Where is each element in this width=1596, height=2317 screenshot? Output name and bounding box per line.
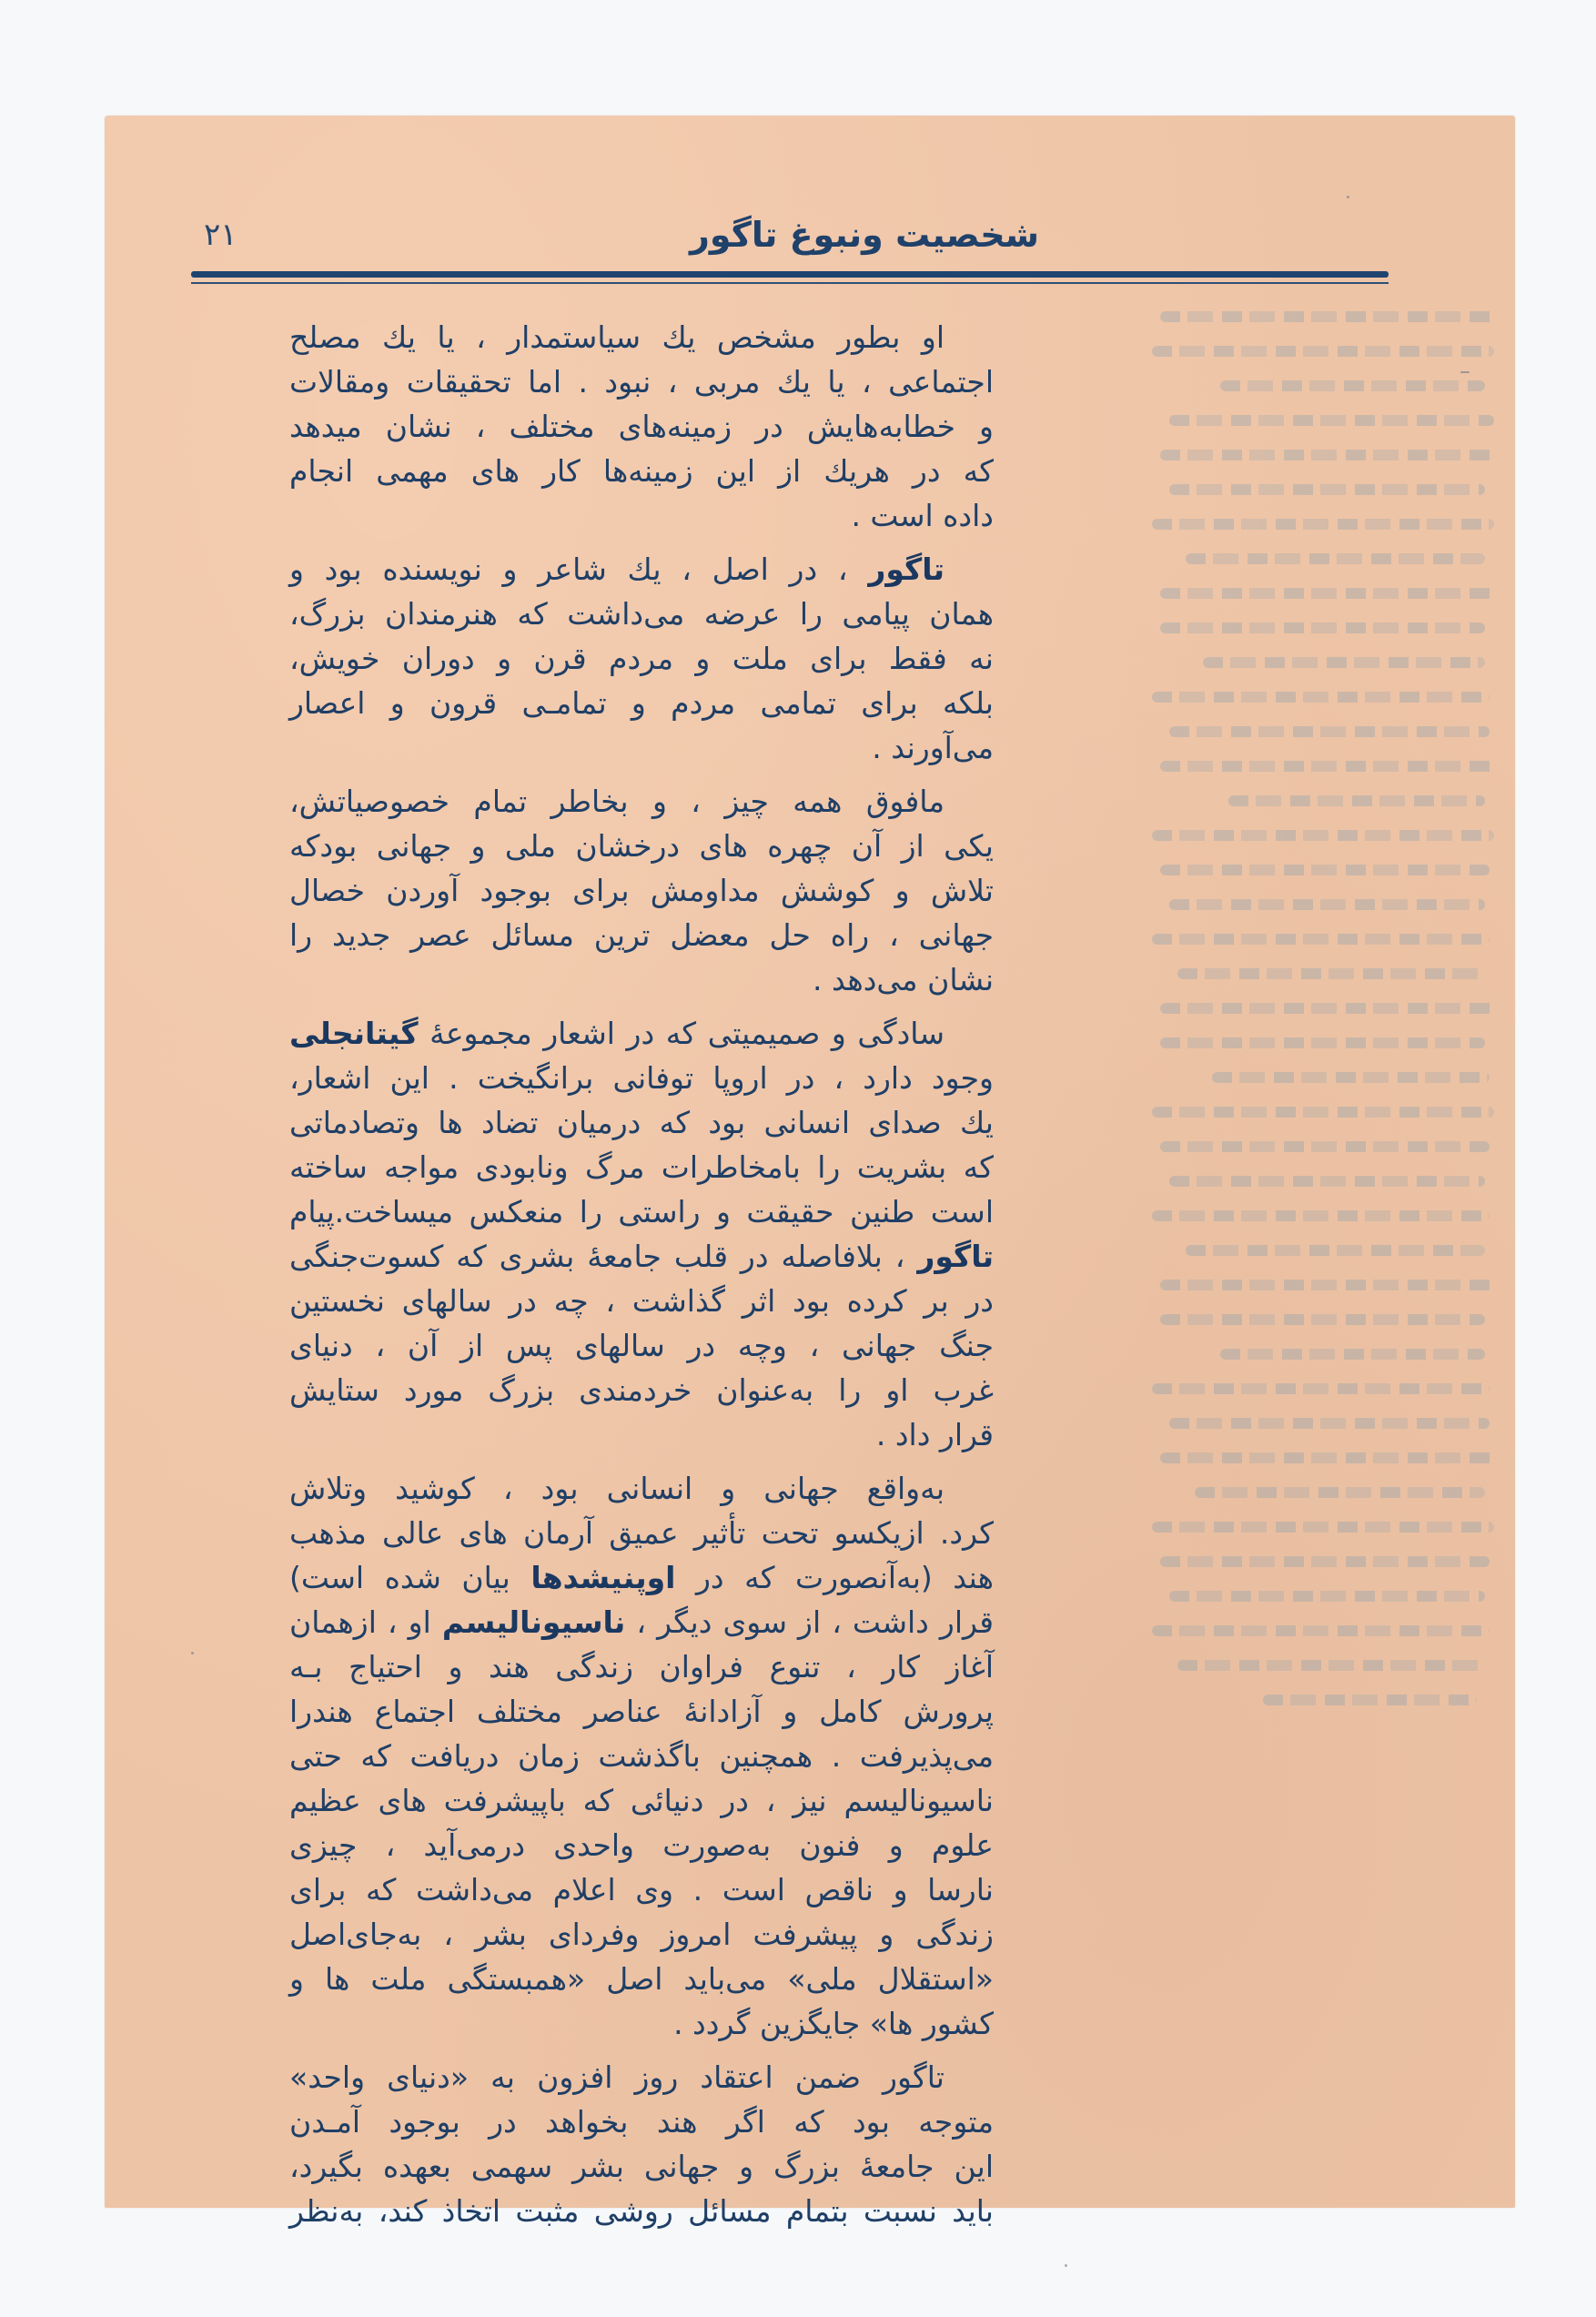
bold-term-upanishads: اوپنیشدها (530, 1560, 675, 1595)
text-line: که در هریك از این زمینه‌ها کار های مهمی … (289, 449, 994, 493)
paper-speck (1065, 2264, 1067, 2267)
paper-speck (191, 1652, 194, 1654)
text-line: آغاز کار ، تنوع فراوان زندگی هند و احتیا… (289, 1644, 994, 1689)
paragraph-3: مافوق همه چیز ، و بخاطر تمام خصوصیاتش، ی… (289, 779, 994, 1002)
paper-speck (1347, 196, 1349, 198)
paragraph-1: او بطور مشخص یك سیاستمدار ، یا یك مصلح ا… (289, 315, 994, 538)
text-line: او بطور مشخص یك سیاستمدار ، یا یك مصلح (289, 315, 994, 359)
text-line: بلکه برای تمامی مردم و تمامـی قرون و اعص… (289, 681, 994, 725)
text-line: زندگی و پیشرفت امروز وفردای بشر ، به‌جای… (289, 1912, 994, 1957)
bold-term-nationalism: ناسیونالیسم (442, 1604, 626, 1640)
running-title: شخصیت ونبوغ تاگور (628, 215, 1101, 255)
text-line: ناسیونالیسم نیز ، در دنیائی که باپیشرفت … (289, 1778, 994, 1823)
text-line: نارسا و ناقص است . وی اعلام می‌داشت که ب… (289, 1867, 994, 1912)
text-line: می‌پذیرفت . همچنین باگذشت زمان دریافت که… (289, 1734, 994, 1778)
text-line: هند (به‌آنصورت که در اوپنیشدها بیان شده … (289, 1555, 994, 1600)
text-line: قرار داد . (289, 1412, 994, 1457)
text-line: یکی از آن چهره های درخشان ملی و جهانی بو… (289, 824, 994, 868)
text-line: «استقلال ملی» می‌باید اصل «همبستگی ملت ه… (289, 1957, 994, 2001)
text-line: باید نسبت بتمام مسائل روشی مثبت اتخاذ کن… (289, 2189, 994, 2233)
text-line: تاگور ضمن اعتقاد روز افزون به «دنیای واح… (289, 2055, 994, 2099)
paragraph-5: به‌واقع جهانی و انسانی بود ، کوشید وتلاش… (289, 1466, 994, 2046)
text-line: کشور ها» جایگزین گردد . (289, 2001, 994, 2046)
text-line: نه فقط برای ملت و مردم قرن و دوران خویش، (289, 636, 994, 681)
text-line: تاگور ، بلافاصله در قلب جامعهٔ بشری که ک… (289, 1234, 994, 1279)
text-line: وجود دارد ، در اروپا توفانی برانگیخت . ا… (289, 1056, 994, 1100)
article-body: او بطور مشخص یك سیاستمدار ، یا یك مصلح ا… (289, 315, 994, 2242)
paragraph-2: تاگور ، در اصل ، یك شاعر و نویسنده بود و… (289, 547, 994, 770)
text-line: به‌واقع جهانی و انسانی بود ، کوشید وتلاش (289, 1466, 994, 1511)
text-line: داده است . (289, 493, 994, 538)
bold-term-tagore: تاگور (868, 551, 944, 587)
text-line: غرب او را به‌عنوان خردمندی بزرگ مورد ستا… (289, 1368, 994, 1412)
text-line: است طنین حقیقت و راستی را منعکس میساخت.پ… (289, 1189, 994, 1234)
text-line: نشان می‌دهد . (289, 957, 994, 1002)
text-line: سادگی و صمیمیتی که در اشعار مجموعهٔ گیتا… (289, 1011, 994, 1056)
text-line: می‌آورند . (289, 725, 994, 770)
text-line: تلاش و کوشش مداومش برای بوجود آوردن خصال (289, 868, 994, 913)
paragraph-4: سادگی و صمیمیتی که در اشعار مجموعهٔ گیتا… (289, 1011, 994, 1457)
page-number: ۲۱ (204, 217, 237, 253)
text-line: قرار داشت ، از سوی دیگر ، ناسیونالیسم او… (289, 1600, 994, 1644)
header-rule-thick (191, 271, 1389, 278)
text-line: تاگور ، در اصل ، یك شاعر و نویسنده بود و (289, 547, 994, 592)
bold-term-gitanjali: گیتانجلی (289, 1016, 419, 1051)
text-line: یك صدای انسانی بود که درمیان تضاد ها وتص… (289, 1100, 994, 1145)
page-header: ۲۱ شخصیت ونبوغ تاگور (191, 211, 1465, 266)
text-line: جنگ جهانی ، وچه در سالهای پس از آن ، دنی… (289, 1323, 994, 1368)
text-line: پرورش کامل و آزادانهٔ عناصر مختلف اجتماع… (289, 1689, 994, 1734)
text-line: علوم و فنون به‌صورت واحدی درمی‌آید ، چیز… (289, 1823, 994, 1867)
reverse-side-bleed-through (1092, 311, 1520, 2168)
header-rule-thin (191, 282, 1389, 284)
paragraph-6: تاگور ضمن اعتقاد روز افزون به «دنیای واح… (289, 2055, 994, 2233)
text-line: در بر کرده بود اثر گذاشت ، چه در سالهای … (289, 1279, 994, 1323)
text-line: جهانی ، راه حل معضل ترین مسائل عصر جدید … (289, 913, 994, 957)
text-line: متوجه بود که اگر هند بخواهد در بوجود آمـ… (289, 2099, 994, 2144)
text-line: و خطابه‌هایش در زمینه‌های مختلف ، نشان م… (289, 404, 994, 449)
text-line: این جامعهٔ بزرگ و جهانی بشر سهمی بعهده ب… (289, 2144, 994, 2189)
text-line: مافوق همه چیز ، و بخاطر تمام خصوصیاتش، (289, 779, 994, 824)
text-line: همان پیامی را عرضه می‌داشت که هنرمندان ب… (289, 592, 994, 636)
bold-term-tagore: تاگور (917, 1239, 994, 1274)
text-line: کرد. ازیکسو تحت تأثیر عمیق آرمان های عال… (289, 1511, 994, 1555)
paper-speck (1460, 371, 1470, 373)
text-line: که بشریت را بامخاطرات مرگ ونابودی مواجه … (289, 1145, 994, 1189)
text-line: اجتماعی ، یا یك مربی ، نبود . اما تحقیقا… (289, 359, 994, 404)
